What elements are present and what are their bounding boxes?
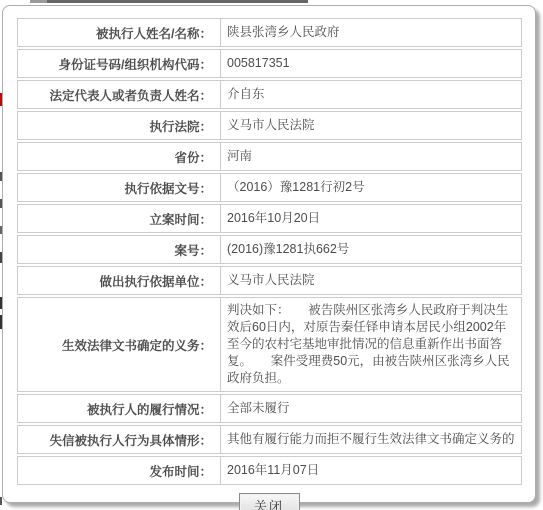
row-value: 2016年11月07日 <box>221 457 521 484</box>
row-value: 判决如下： 被告陕州区张湾乡人民政府于判决生效后60日内，对原告秦任铎申请本居民… <box>221 298 521 391</box>
row-label: 省份： <box>18 143 221 170</box>
table-row: 被执行人姓名/名称： 陕县张湾乡人民政府 <box>17 18 522 47</box>
debtor-info-table: 被执行人姓名/名称： 陕县张湾乡人民政府 身份证号码/组织机构代码： 00581… <box>17 18 522 485</box>
table-row: 执行法院： 义马市人民法院 <box>17 111 522 140</box>
row-label: 执行法院： <box>18 112 221 139</box>
table-row: 生效法律文书确定的义务： 判决如下： 被告陕州区张湾乡人民政府于判决生效后60日… <box>17 297 522 392</box>
row-value: 2016年10月20日 <box>221 205 521 232</box>
table-row: 省份： 河南 <box>17 142 522 171</box>
row-label: 案号： <box>18 236 221 263</box>
row-value: 陕县张湾乡人民政府 <box>221 19 521 46</box>
table-row: 立案时间： 2016年10月20日 <box>17 204 522 233</box>
table-row: 执行依据文号： （2016）豫1281行初2号 <box>17 173 522 202</box>
row-label: 法定代表人或者负责人姓名： <box>18 81 221 108</box>
row-value: 介自东 <box>221 81 521 108</box>
row-label: 立案时间： <box>18 205 221 232</box>
background-page-bar-fragment <box>30 0 47 3</box>
table-row: 做出执行依据单位： 义马市人民法院 <box>17 266 522 295</box>
row-label: 被执行人的履行情况： <box>18 395 221 422</box>
row-value: 河南 <box>221 143 521 170</box>
row-value: 义马市人民法院 <box>221 112 521 139</box>
close-button[interactable]: 关闭 <box>239 493 300 510</box>
row-value: 005817351 <box>221 50 521 77</box>
table-row: 法定代表人或者负责人姓名： 介自东 <box>17 80 522 109</box>
row-label: 被执行人姓名/名称： <box>18 19 221 46</box>
table-row: 身份证号码/组织机构代码： 005817351 <box>17 49 522 78</box>
dialog-footer: 关闭 <box>3 493 535 510</box>
row-label: 失信被执行人行为具体情形： <box>18 426 221 453</box>
row-label: 生效法律文书确定的义务： <box>18 298 221 391</box>
table-row: 发布时间： 2016年11月07日 <box>17 456 522 485</box>
row-value: 其他有履行能力而拒不履行生效法律文书确定义务的 <box>221 426 521 453</box>
row-label: 身份证号码/组织机构代码： <box>18 50 221 77</box>
row-label: 执行依据文号： <box>18 174 221 201</box>
table-row: 失信被执行人行为具体情形： 其他有履行能力而拒不履行生效法律文书确定义务的 <box>17 425 522 454</box>
row-label: 发布时间： <box>18 457 221 484</box>
table-row: 被执行人的履行情况： 全部未履行 <box>17 394 522 423</box>
row-value: (2016)豫1281执662号 <box>221 236 521 263</box>
row-value: 全部未履行 <box>221 395 521 422</box>
row-label: 做出执行依据单位： <box>18 267 221 294</box>
debtor-detail-dialog: 被执行人姓名/名称： 陕县张湾乡人民政府 身份证号码/组织机构代码： 00581… <box>2 5 536 503</box>
row-value: （2016）豫1281行初2号 <box>221 174 521 201</box>
table-row: 案号： (2016)豫1281执662号 <box>17 235 522 264</box>
background-page-bar-fragment <box>47 0 308 3</box>
row-value: 义马市人民法院 <box>221 267 521 294</box>
